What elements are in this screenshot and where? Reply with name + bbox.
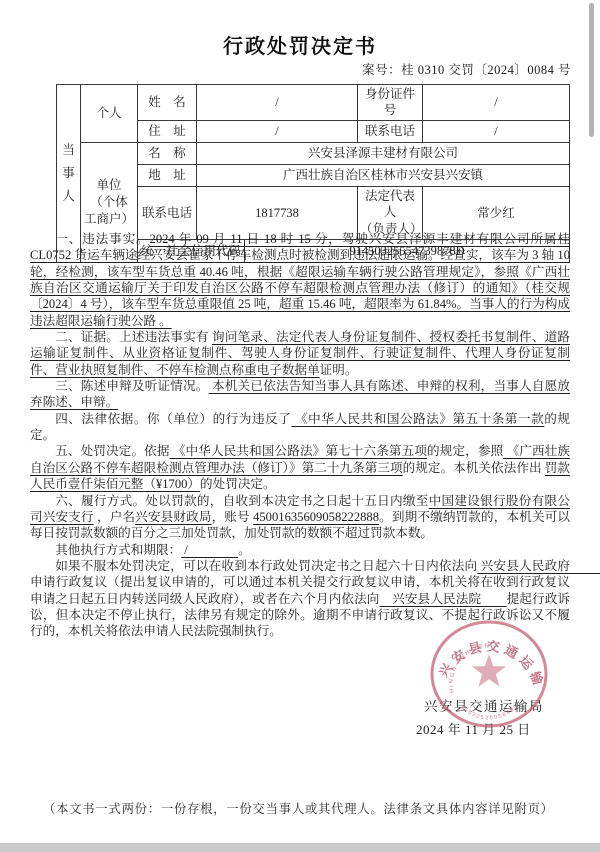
cell-phone-label: 联系电话: [358, 120, 423, 142]
body-paragraph: 六、履行方式。处以罚款的，自收到本决定书之日起十五日内缴至中国建设银行股份有限公…: [30, 493, 570, 542]
cell-individual-label: 个人: [81, 85, 138, 143]
cell-addr-label: 住 址: [138, 120, 197, 142]
seal-code-digits: 45032520056499: [459, 703, 520, 722]
cell-org-name-value: 兴安县泽源丰建材有限公司: [197, 142, 570, 164]
case-number: 案号：桂 0310 交罚〔2024〕0084 号: [362, 60, 571, 78]
body-paragraph: 三、陈述申辩及听证情况。 本机关已依法告知当事人具有陈述、申辩的权利，当事人自愿…: [30, 378, 570, 411]
cell-id-label: 身份证件号: [358, 85, 423, 121]
body-paragraphs: 一、违法事实。2024 年 09 月 11 日 18 时 15 分，驾驶兴安县泽…: [30, 231, 570, 640]
body-paragraph: 其他执行方式和期限： / 。: [30, 542, 570, 558]
body-paragraph: 五、处罚决定。依据 《中华人民共和国公路法》第七十六条第五项的规定，参照 《广西…: [30, 443, 570, 492]
bottom-bar: [0, 843, 600, 852]
svg-text:45032520056499: 45032520056499: [459, 703, 520, 722]
cell-org-addr-label: 地 址: [138, 164, 197, 186]
official-seal: 兴安县交通运输局 HINGH ANH YEN 45032520056499: [427, 618, 551, 732]
seal-star-icon: [472, 654, 506, 687]
cell-org-addr-value: 广西壮族自治区桂林市兴安县兴安镇: [197, 164, 570, 186]
cell-phone-value: /: [423, 120, 570, 142]
body-paragraph: 四、法律依据。你（单位）的行为违反了 《中华人民共和国公路法》第五十条第一款的规…: [30, 411, 570, 444]
cell-id-value: /: [423, 85, 570, 121]
page-title: 行政处罚决定书: [0, 30, 600, 59]
cell-addr-value: /: [197, 120, 358, 142]
cell-name-value: /: [197, 85, 358, 121]
cell-name-label: 姓 名: [138, 85, 197, 121]
footer-note: （本文书一式两份：一份存根，一份交当事人或其代理人。法律条文具体内容详见附页）: [43, 799, 554, 817]
body-paragraph: 一、违法事实。2024 年 09 月 11 日 18 时 15 分，驾驶兴安县泽…: [30, 231, 570, 329]
scrollbar-thumb[interactable]: [589, 3, 594, 137]
cell-org-name-label: 名 称: [138, 142, 197, 164]
body-paragraph: 二、证据。上述违法事实有 询问笔录、法定代表人身份证复制件、授权委托书复制件、道…: [30, 329, 570, 378]
